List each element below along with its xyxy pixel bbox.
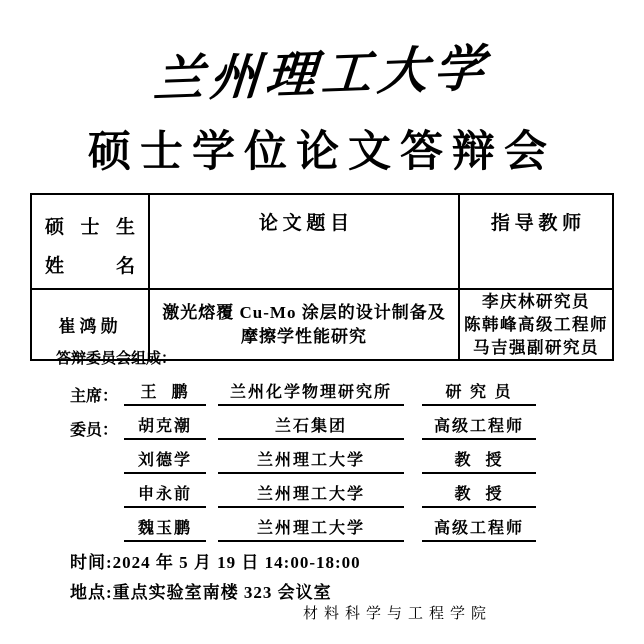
committee-member-name: 申永前: [124, 481, 206, 508]
university-logo-calligraphy: 兰州理工大学: [0, 23, 644, 118]
thesis-title-line1: 激光熔覆 Cu-Mo 涂层的设计制备及: [150, 301, 458, 325]
defense-announcement-page: 兰州理工大学 硕士学位论文答辩会 硕 士 生 姓 名 论 文 题 目 指 导 教…: [0, 0, 644, 644]
committee-member-name: 刘德学: [124, 447, 206, 474]
committee-row-chairman: 主席： 王 鹏 兰州化学物理研究所 研 究 员: [70, 384, 536, 406]
committee-row-member: 刘德学 兰州理工大学 教 授: [70, 452, 536, 474]
committee-role-label: 主席：: [70, 383, 122, 406]
committee-row-member: 魏玉鹏 兰州理工大学 高级工程师: [70, 520, 536, 542]
thesis-title-line2: 摩擦学性能研究: [150, 325, 458, 349]
header-student-name-line2: 姓 名: [45, 247, 135, 286]
header-thesis-title: 论 文 题 目: [149, 194, 459, 289]
defense-location: 地点:重点实验室南楼 323 会议室: [70, 578, 332, 603]
advisor-3: 马吉强副研究员: [460, 336, 612, 359]
committee-member-org: 兰州理工大学: [218, 515, 404, 542]
committee-member-name: 王 鹏: [124, 379, 206, 406]
committee-member-org: 兰州理工大学: [218, 447, 404, 474]
page-title: 硕士学位论文答辩会: [0, 118, 644, 179]
header-student-name-line1: 硕 士 生: [45, 208, 135, 247]
committee-role-label: 委员：: [70, 417, 122, 440]
committee-member-title: 教 授: [422, 481, 536, 508]
header-advisor-label: 指 导 教 师: [460, 208, 612, 235]
school-name: 材料科学与工程学院: [303, 602, 492, 623]
committee-heading: 答辩委员会组成：: [56, 347, 176, 368]
header-student-name: 硕 士 生 姓 名: [31, 194, 149, 289]
table-header-row: 硕 士 生 姓 名 论 文 题 目 指 导 教 师: [31, 194, 613, 289]
advisors-cell: 李庆林研究员 陈韩峰高级工程师 马吉强副研究员: [459, 289, 613, 360]
committee-member-title: 教 授: [422, 447, 536, 474]
committee-member-title: 高级工程师: [422, 413, 536, 440]
committee-member-title: 研 究 员: [422, 379, 536, 406]
committee-member-name: 胡克潮: [124, 413, 206, 440]
student-name: 崔鸿勋: [59, 317, 122, 336]
header-thesis-title-label: 论 文 题 目: [150, 208, 458, 235]
committee-row-member: 申永前 兰州理工大学 教 授: [70, 486, 536, 508]
committee-member-title: 高级工程师: [422, 515, 536, 542]
committee-row-member: 委员： 胡克潮 兰石集团 高级工程师: [70, 418, 536, 440]
header-advisor: 指 导 教 师: [459, 194, 613, 289]
committee-member-name: 魏玉鹏: [124, 515, 206, 542]
thesis-info-table: 硕 士 生 姓 名 论 文 题 目 指 导 教 师 崔鸿勋 激光熔覆 Cu-Mo…: [30, 193, 614, 361]
defense-time: 时间:2024 年 5 月 19 日 14:00-18:00: [70, 548, 361, 573]
advisor-1: 李庆林研究员: [460, 290, 612, 313]
committee-member-org: 兰石集团: [218, 413, 404, 440]
committee-list: 主席： 王 鹏 兰州化学物理研究所 研 究 员 委员： 胡克潮 兰石集团 高级工…: [70, 384, 536, 554]
advisor-2: 陈韩峰高级工程师: [460, 313, 612, 336]
thesis-title-cell: 激光熔覆 Cu-Mo 涂层的设计制备及 摩擦学性能研究: [149, 289, 459, 360]
committee-member-org: 兰州化学物理研究所: [218, 379, 404, 406]
committee-member-org: 兰州理工大学: [218, 481, 404, 508]
